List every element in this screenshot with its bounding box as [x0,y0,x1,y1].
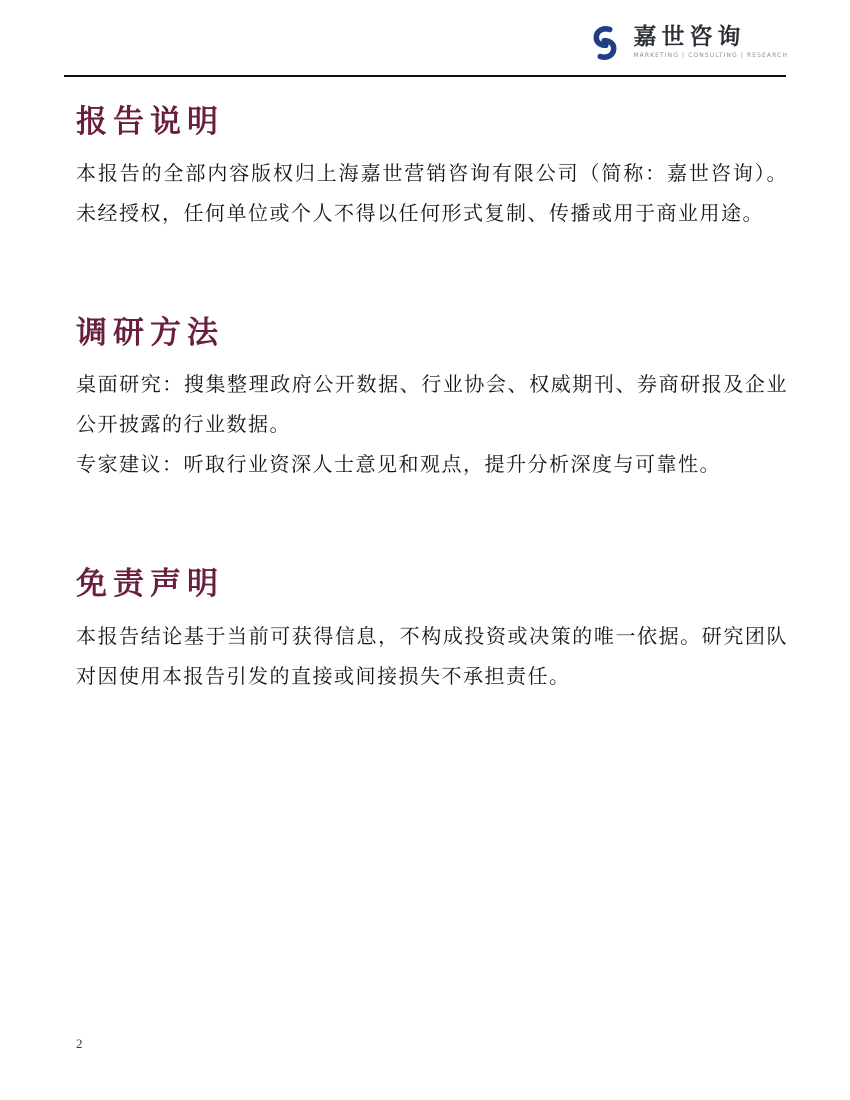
section-title-disclaimer: 免责声明 [76,565,788,602]
jiashi-logo-icon [586,24,624,62]
section-disclaimer: 免责声明 本报告结论基于当前可获得信息，不构成投资或决策的唯一依据。研究团队对因… [76,565,788,696]
report-content: 报告说明 本报告的全部内容版权归上海嘉世营销咨询有限公司（简称：嘉世咨询）。未经… [76,77,788,697]
section-title-report-description: 报告说明 [76,103,788,140]
brand-text-block: 嘉世咨询 MARKETING | CONSULTING | RESEARCH [633,24,788,59]
research-method-paragraph-desk: 桌面研究：搜集整理政府公开数据、行业协会、权威期刊、券商研报及企业公开披露的行业… [76,365,788,445]
section-title-research-method: 调研方法 [76,314,788,351]
section-report-description: 报告说明 本报告的全部内容版权归上海嘉世营销咨询有限公司（简称：嘉世咨询）。未经… [76,103,788,234]
report-description-paragraph: 本报告的全部内容版权归上海嘉世营销咨询有限公司（简称：嘉世咨询）。未经授权，任何… [76,154,788,234]
research-method-paragraph-expert: 专家建议：听取行业资深人士意见和观点，提升分析深度与可靠性。 [76,445,788,485]
page-number: 2 [76,1036,83,1052]
brand-name: 嘉世咨询 [633,24,788,50]
report-page: 嘉世咨询 MARKETING | CONSULTING | RESEARCH 报… [0,0,850,1100]
section-research-method: 调研方法 桌面研究：搜集整理政府公开数据、行业协会、权威期刊、券商研报及企业公开… [76,314,788,485]
brand-tagline: MARKETING | CONSULTING | RESEARCH [633,52,788,59]
disclaimer-paragraph: 本报告结论基于当前可获得信息，不构成投资或决策的唯一依据。研究团队对因使用本报告… [76,617,788,697]
page-header: 嘉世咨询 MARKETING | CONSULTING | RESEARCH [0,0,850,75]
brand-logo: 嘉世咨询 MARKETING | CONSULTING | RESEARCH [586,24,788,62]
